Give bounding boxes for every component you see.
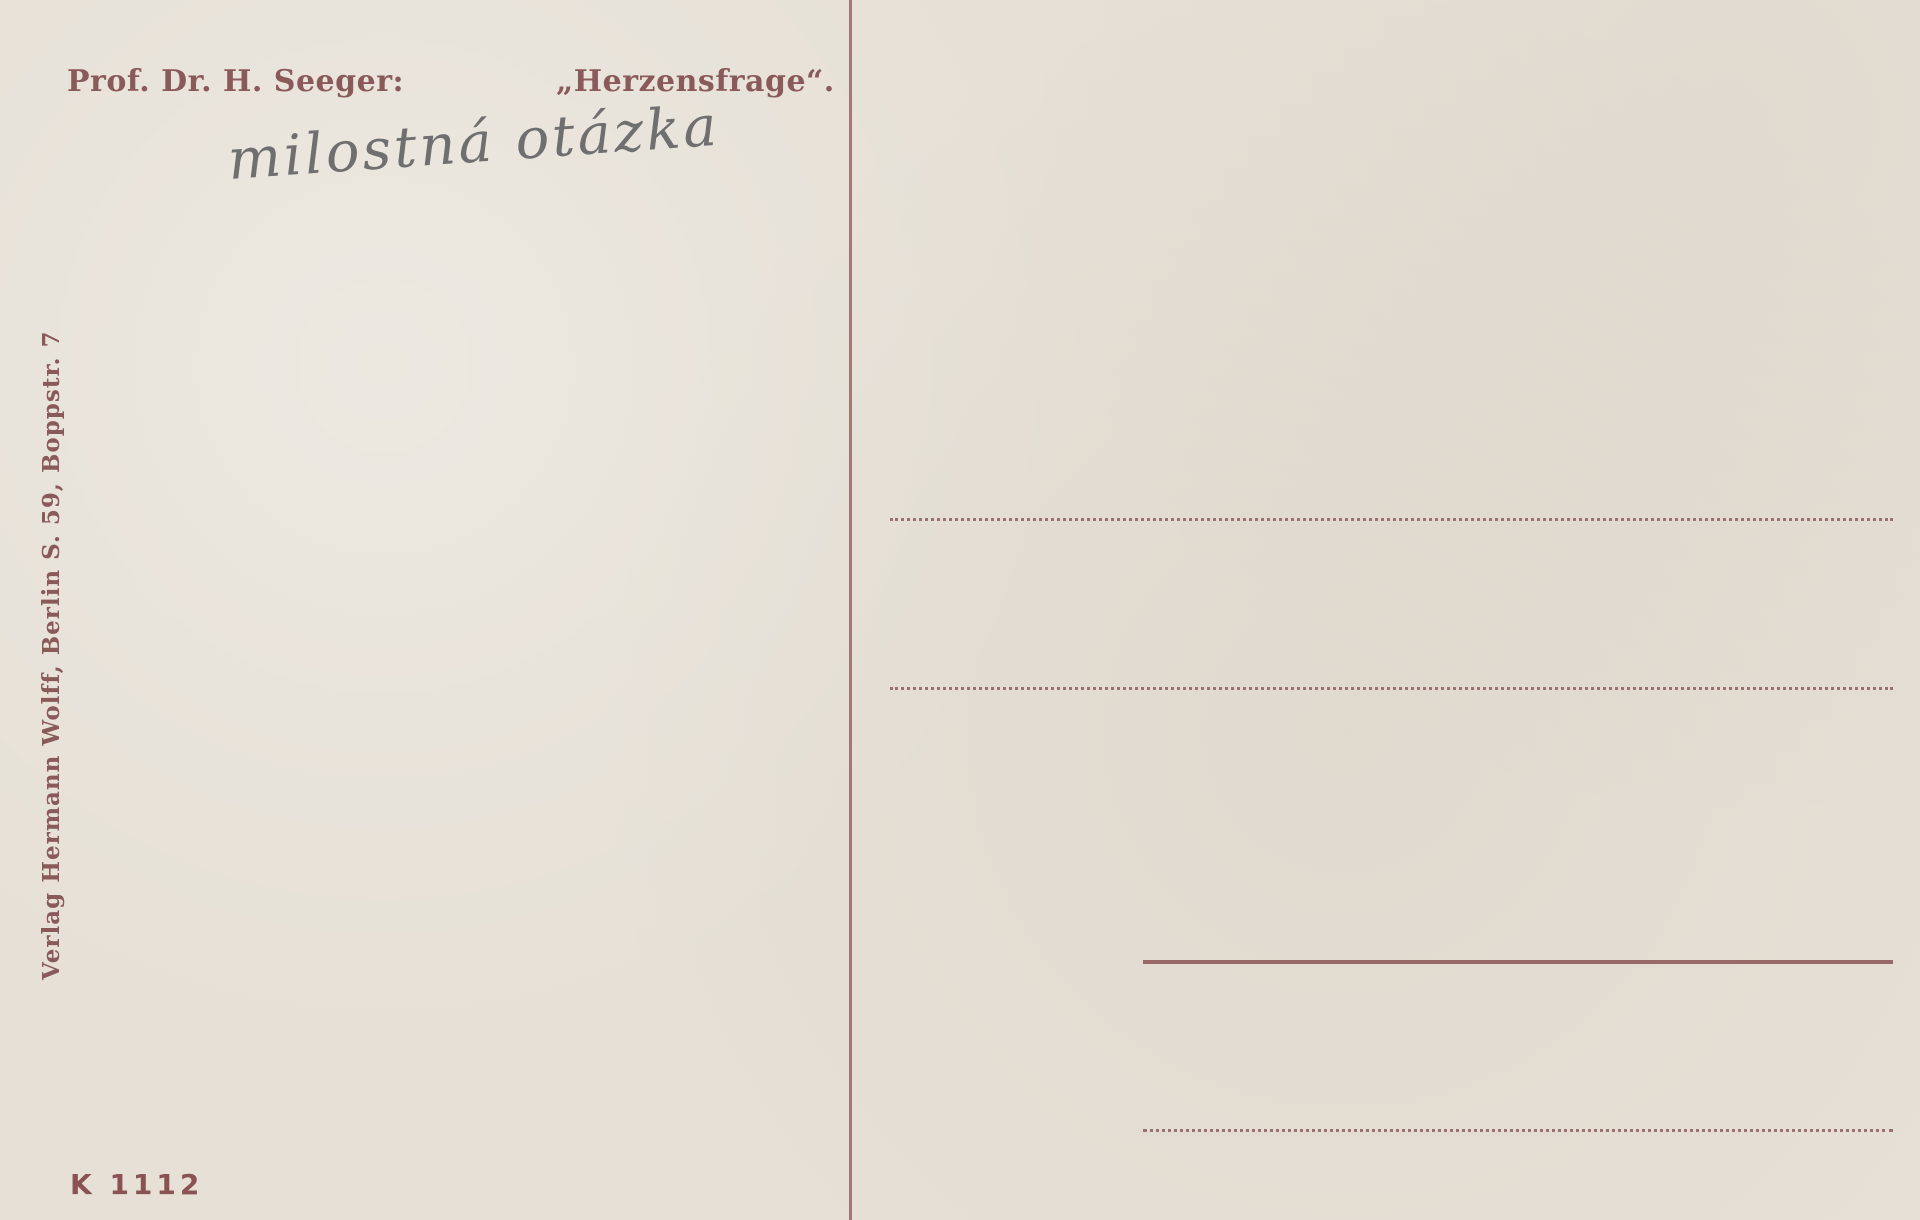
- address-line-3: [1143, 960, 1893, 964]
- address-line-1: [890, 518, 1893, 521]
- publisher-imprint: Verlag Hermann Wolff, Berlin S. 59, Bopp…: [38, 331, 65, 980]
- card-title: „Herzensfrage“.: [556, 64, 835, 99]
- address-line-4: [1143, 1129, 1893, 1132]
- postcard-back: Prof. Dr. H. Seeger: „Herzensfrage“. mil…: [0, 0, 1920, 1220]
- author-heading: Prof. Dr. H. Seeger:: [67, 64, 404, 99]
- handwritten-note: milostná otázka: [226, 94, 722, 193]
- center-divider-line: [849, 0, 852, 1220]
- address-line-2: [890, 687, 1893, 690]
- catalog-number: K 1112: [70, 1168, 203, 1201]
